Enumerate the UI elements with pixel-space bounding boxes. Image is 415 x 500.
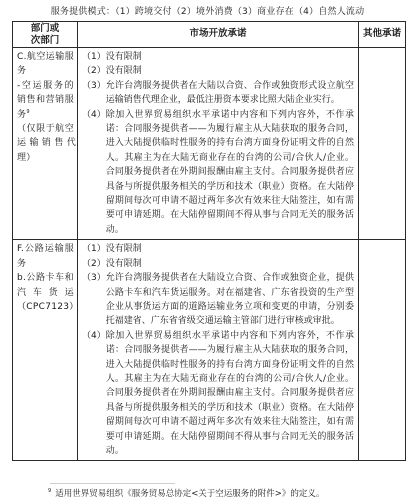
- commitment-item: （2） 没有限制: [82, 257, 354, 271]
- table-header-row: 部门或 次部门 市场开放承诺 其他承诺: [13, 22, 406, 48]
- sector-line: b.公路卡车和: [17, 271, 74, 285]
- sector-line: 销售和营销服: [17, 93, 74, 107]
- table-row-road-transport: F.公路运输服 务 b.公路卡车和 汽 车 货 运 （CPC7123） （1） …: [13, 240, 406, 461]
- market-access-cell: （1） 没有限制 （2） 没有限制 （3） 允许台湾服务提供者在大陆以合资、合作…: [78, 48, 359, 240]
- commitment-item: （4） 除加入世界贸易组织水平承诺中内容和下列内容外，不作承诺：合同服务提供者—…: [82, 108, 354, 238]
- sector-line-with-footnote: 务9: [17, 108, 74, 122]
- sector-cell: F.公路运输服 务 b.公路卡车和 汽 车 货 运 （CPC7123）: [13, 240, 78, 461]
- commitment-item: （3） 允许台湾服务提供者在大陆设立合资、合作或独资企业，提供公路卡车和汽车货运…: [82, 271, 354, 329]
- table-row-air-transport: C.航空运输服 务 -空运服务的 销售和营销服 务9 （仅限于航空 运 输 销 …: [13, 48, 406, 240]
- column-header-sector: 部门或 次部门: [13, 22, 78, 48]
- commitment-text: 允许台湾服务提供者在大陆设立合资、合作或独资企业，提供公路卡车和汽车货运服务。对…: [106, 271, 354, 329]
- commitment-number: （1）: [82, 242, 106, 256]
- other-commitments-cell: [359, 48, 406, 240]
- sector-line: 汽 车 货 运: [17, 286, 74, 300]
- footnote-text: 适用世界贸易组织《服务贸易总协定<关于空运服务的附件>》的定义。: [55, 489, 324, 499]
- commitment-number: （3）: [82, 79, 106, 108]
- commitment-text: 没有限制: [106, 64, 354, 78]
- commitment-item: （3） 允许台湾服务提供者在大陆以合资、合作或独资形式设立航空运输销售代理企业，…: [82, 79, 354, 108]
- commitment-number: （3）: [82, 271, 106, 329]
- commitment-number: （2）: [82, 64, 106, 78]
- commitment-text: 没有限制: [106, 242, 354, 256]
- other-commitments-cell: [359, 240, 406, 461]
- commitment-text: 没有限制: [106, 50, 354, 64]
- sector-line: F.公路运输服: [17, 242, 74, 256]
- commitment-item: （4） 除加入世界贸易组织水平承诺中内容和下列内容外，不作承诺：合同服务提供者—…: [82, 329, 354, 459]
- commitment-number: （2）: [82, 257, 106, 271]
- commitment-text: 除加入世界贸易组织水平承诺中内容和下列内容外，不作承诺：合同服务提供者——为履行…: [106, 108, 354, 238]
- sector-line: （CPC7123）: [17, 300, 74, 314]
- sector-line: -空运服务的: [17, 79, 74, 93]
- column-header-market-access: 市场开放承诺: [78, 22, 359, 48]
- sector-line: 运 输 销 售 代: [17, 136, 74, 150]
- service-modes-caption: 服务提供模式：（1）跨境交付（2）境外消费（3）商业存在（4）自然人流动: [0, 6, 415, 18]
- footnote-reference: 9: [26, 109, 29, 115]
- commitment-text: 除加入世界贸易组织水平承诺中内容和下列内容外，不作承诺：合同服务提供者——为履行…: [106, 329, 354, 459]
- commitment-item: （2） 没有限制: [82, 64, 354, 78]
- footnote-separator: [50, 483, 175, 484]
- column-header-sector-line2: 次部门: [13, 35, 77, 47]
- commitments-table: 部门或 次部门 市场开放承诺 其他承诺 C.航空运输服 务 -空运服务的 销售和…: [12, 21, 406, 461]
- sector-line: 务: [17, 64, 74, 78]
- sector-line: 务: [17, 257, 74, 271]
- footnote-mark: 9: [48, 488, 51, 494]
- column-header-sector-line1: 部门或: [13, 23, 77, 35]
- commitment-text: 允许台湾服务提供者在大陆以合资、合作或独资形式设立航空运输销售代理企业，最低注册…: [106, 79, 354, 108]
- commitment-item: （1） 没有限制: [82, 50, 354, 64]
- sector-line: 理）: [17, 151, 74, 165]
- commitment-number: （1）: [82, 50, 106, 64]
- sector-line-text: 务: [17, 110, 26, 120]
- market-access-cell: （1） 没有限制 （2） 没有限制 （3） 允许台湾服务提供者在大陆设立合资、合…: [78, 240, 359, 461]
- commitment-number: （4）: [82, 329, 106, 459]
- commitment-number: （4）: [82, 108, 106, 238]
- sector-cell: C.航空运输服 务 -空运服务的 销售和营销服 务9 （仅限于航空 运 输 销 …: [13, 48, 78, 240]
- commitment-item: （1） 没有限制: [82, 242, 354, 256]
- footnote: 9适用世界贸易组织《服务贸易总协定<关于空运服务的附件>》的定义。: [48, 486, 324, 500]
- column-header-other: 其他承诺: [359, 22, 406, 48]
- sector-line: C.航空运输服: [17, 50, 74, 64]
- commitment-text: 没有限制: [106, 257, 354, 271]
- sector-line: （仅限于航空: [17, 122, 74, 136]
